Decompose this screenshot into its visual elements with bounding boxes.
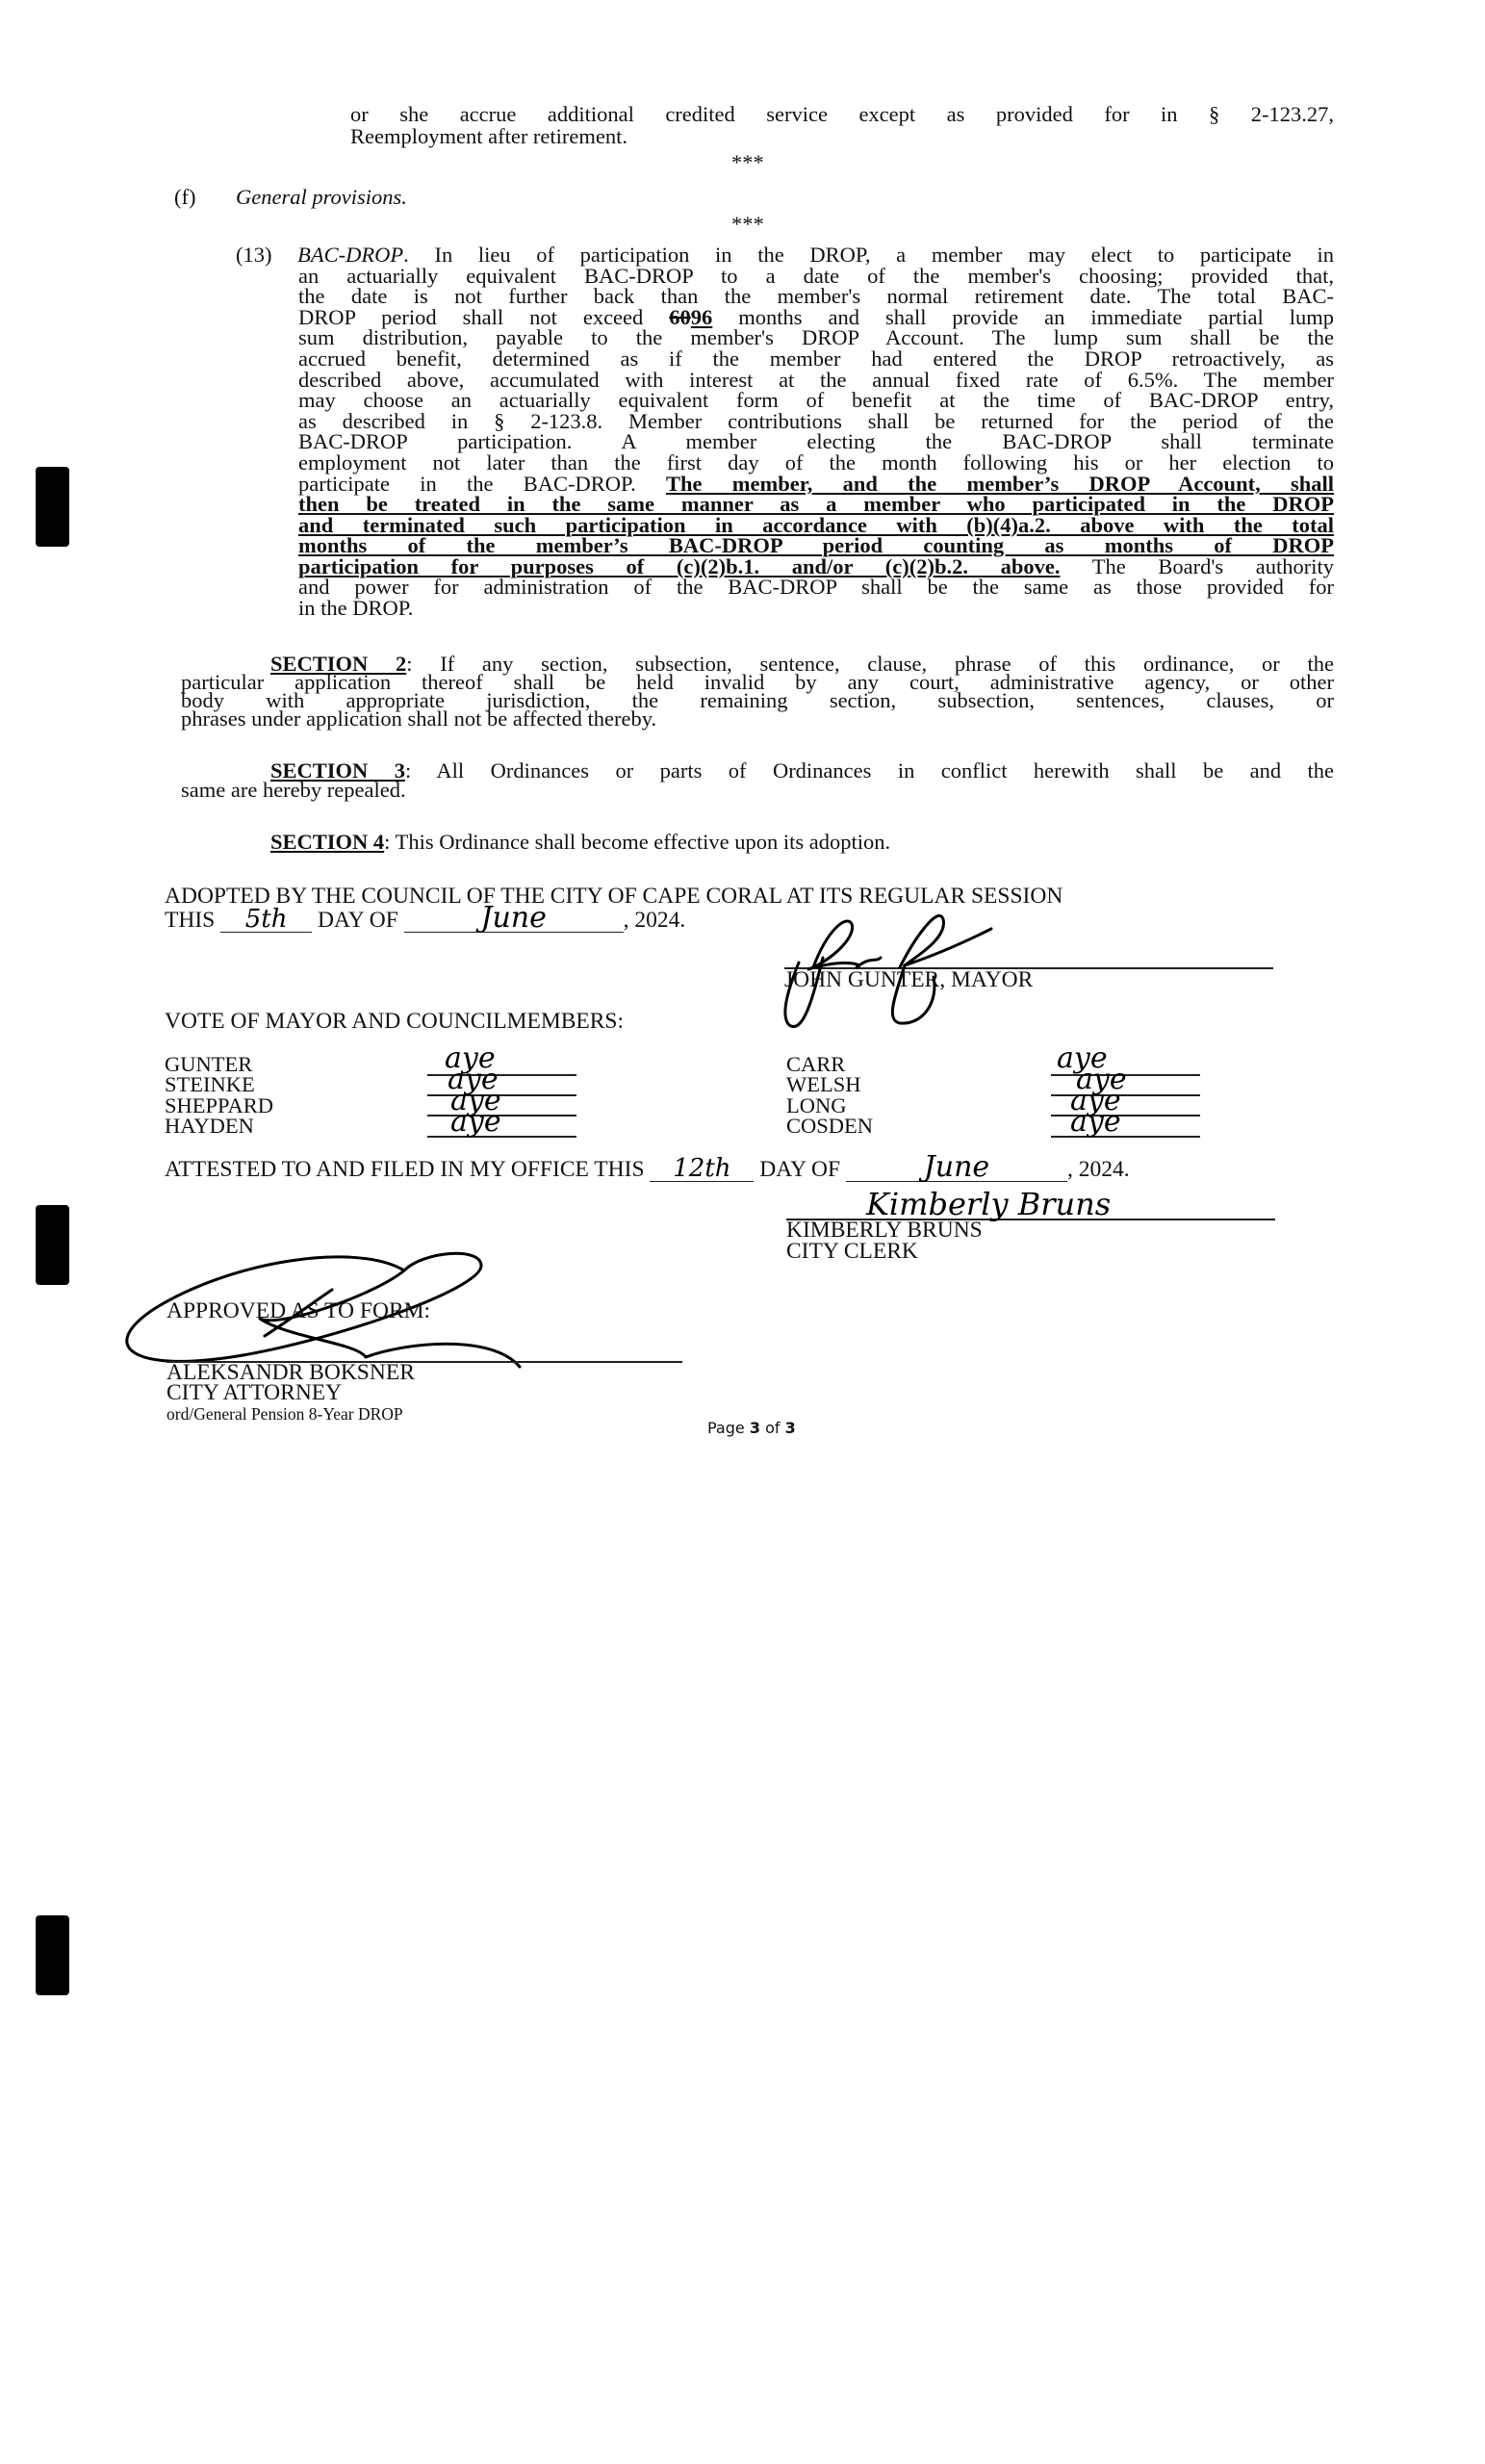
subsection-label: (f) xyxy=(174,187,195,208)
handwritten-day: 12th xyxy=(673,1154,730,1183)
month-field: June xyxy=(846,1157,1067,1182)
inserted-text-line: then be treated in the same manner as a … xyxy=(298,494,1334,515)
section-heading: SECTION 4 xyxy=(270,830,384,854)
councilmember-name: STEINKE xyxy=(165,1074,255,1095)
handwritten-month: June xyxy=(480,901,546,935)
paragraph-line: the date is not further back than the me… xyxy=(298,286,1334,307)
approved-as-to-form-label: APPROVED AS TO FORM: xyxy=(166,1301,430,1322)
label: ATTESTED TO AND FILED IN MY OFFICE THIS xyxy=(165,1157,645,1182)
inserted-text-line: months of the member’s BAC-DROP period c… xyxy=(298,535,1334,556)
continuation-line-1: or she accrue additional credited servic… xyxy=(350,104,1334,125)
continuation-line-2: Reemployment after retirement. xyxy=(350,126,627,147)
paragraph-line: accrued benefit, determined as if the me… xyxy=(298,348,1334,370)
section-line: phrases under application shall not be a… xyxy=(181,708,656,730)
total-pages: 3 xyxy=(785,1419,796,1437)
councilmember-name: WELSH xyxy=(786,1074,861,1095)
label: , 2024. xyxy=(624,908,686,933)
label: Page xyxy=(707,1419,745,1437)
adoption-statement: ADOPTED BY THE COUNCIL OF THE CITY OF CA… xyxy=(165,886,1063,908)
month-field: June xyxy=(404,908,624,933)
label: DAY OF xyxy=(318,908,398,933)
vote-heading: VOTE OF MAYOR AND COUNCILMEMBERS: xyxy=(165,1012,624,1033)
paragraph-line: in the DROP. xyxy=(298,598,413,619)
subsection-title: General provisions. xyxy=(236,187,407,208)
ellipsis-marker: *** xyxy=(731,214,764,235)
section-line: same are hereby repealed. xyxy=(181,780,406,801)
day-field: 5th xyxy=(220,910,312,933)
handwritten-month: June xyxy=(924,1150,989,1184)
section-line: SECTION 3: All Ordinances or parts of Or… xyxy=(270,760,1334,782)
councilmember-name: COSDEN xyxy=(786,1116,873,1137)
paragraph-line: sum distribution, payable to the member'… xyxy=(298,327,1334,348)
paragraph-line: BAC-DROP participation. A member electin… xyxy=(298,431,1334,452)
attest-line: ATTESTED TO AND FILED IN MY OFFICE THIS … xyxy=(165,1157,1130,1182)
handwritten-vote: aye xyxy=(1070,1105,1121,1139)
label: DAY OF xyxy=(759,1157,840,1182)
attorney-title: CITY ATTORNEY xyxy=(166,1383,342,1404)
paragraph-line: employment not later than the first day … xyxy=(298,452,1334,474)
current-page: 3 xyxy=(750,1419,760,1437)
page-number: Page 3 of 3 xyxy=(707,1419,796,1437)
label: , 2024. xyxy=(1067,1157,1130,1182)
scan-margin-mark xyxy=(36,1205,69,1285)
section-text: : All Ordinances or parts of Ordinances … xyxy=(405,758,1334,783)
file-reference: ord/General Pension 8-Year DROP xyxy=(166,1404,403,1424)
day-field: 12th xyxy=(650,1159,754,1182)
paragraph-line: and power for administration of the BAC-… xyxy=(298,577,1334,598)
clerk-title: CITY CLERK xyxy=(786,1242,918,1263)
section-text: : This Ordinance shall become effective … xyxy=(384,830,890,854)
paragraph-line: (13) BAC-DROP. In lieu of participation … xyxy=(236,244,1334,266)
label: THIS xyxy=(165,908,215,933)
paragraph-line: may choose an actuarially equivalent for… xyxy=(298,390,1334,411)
label: of xyxy=(765,1419,780,1437)
paragraph-number: (13) xyxy=(236,243,272,267)
handwritten-day: 5th xyxy=(245,905,288,934)
adoption-date-line: THIS 5th DAY OF June, 2024. xyxy=(165,908,685,933)
scan-margin-mark xyxy=(36,467,69,547)
handwritten-vote: aye xyxy=(450,1105,501,1139)
councilmember-name: HAYDEN xyxy=(165,1116,254,1137)
ellipsis-marker: *** xyxy=(731,152,764,173)
section-4: SECTION 4: This Ordinance shall become e… xyxy=(270,832,890,853)
mayor-name-title: JOHN GUNTER, MAYOR xyxy=(784,970,1033,991)
scan-margin-mark xyxy=(36,1915,69,1995)
